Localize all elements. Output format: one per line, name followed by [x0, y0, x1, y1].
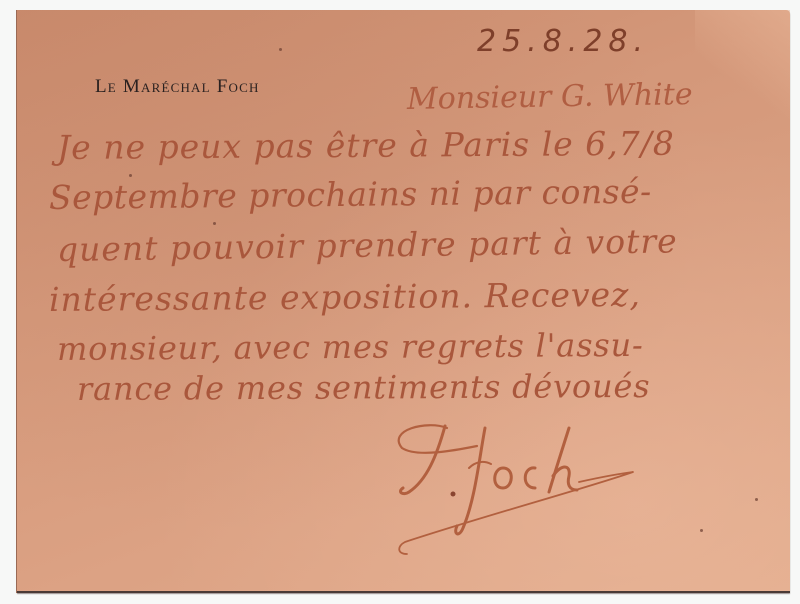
body-line-5: monsieur, avec mes regrets l'assu- — [57, 326, 644, 368]
letter-date: 25.8.28. — [477, 24, 649, 59]
paper-speck — [213, 222, 216, 225]
salutation: Monsieur G. White — [407, 77, 693, 117]
paper-speck — [700, 529, 703, 532]
signature: F. Foch — [357, 410, 657, 560]
paper-speck — [129, 174, 132, 177]
paper-speck — [279, 48, 282, 51]
scan-page: 25.8.28. Le Maréchal Foch Monsieur G. Wh… — [0, 0, 800, 604]
letterhead: Le Maréchal Foch — [95, 76, 260, 98]
body-line-4: intéressante exposition. Recevez, — [49, 275, 641, 319]
letter-card: 25.8.28. Le Maréchal Foch Monsieur G. Wh… — [17, 10, 790, 593]
peeling-corner — [695, 10, 790, 130]
body-line-1: Je ne peux pas être à Paris le 6,7/8 — [57, 124, 675, 167]
body-line-3: quent pouvoir prendre part à votre — [57, 221, 678, 269]
body-line-2: Septembre prochains ni par consé- — [49, 172, 652, 217]
paper-speck — [755, 498, 758, 501]
body-line-6: rance de mes sentiments dévoués — [77, 367, 651, 408]
